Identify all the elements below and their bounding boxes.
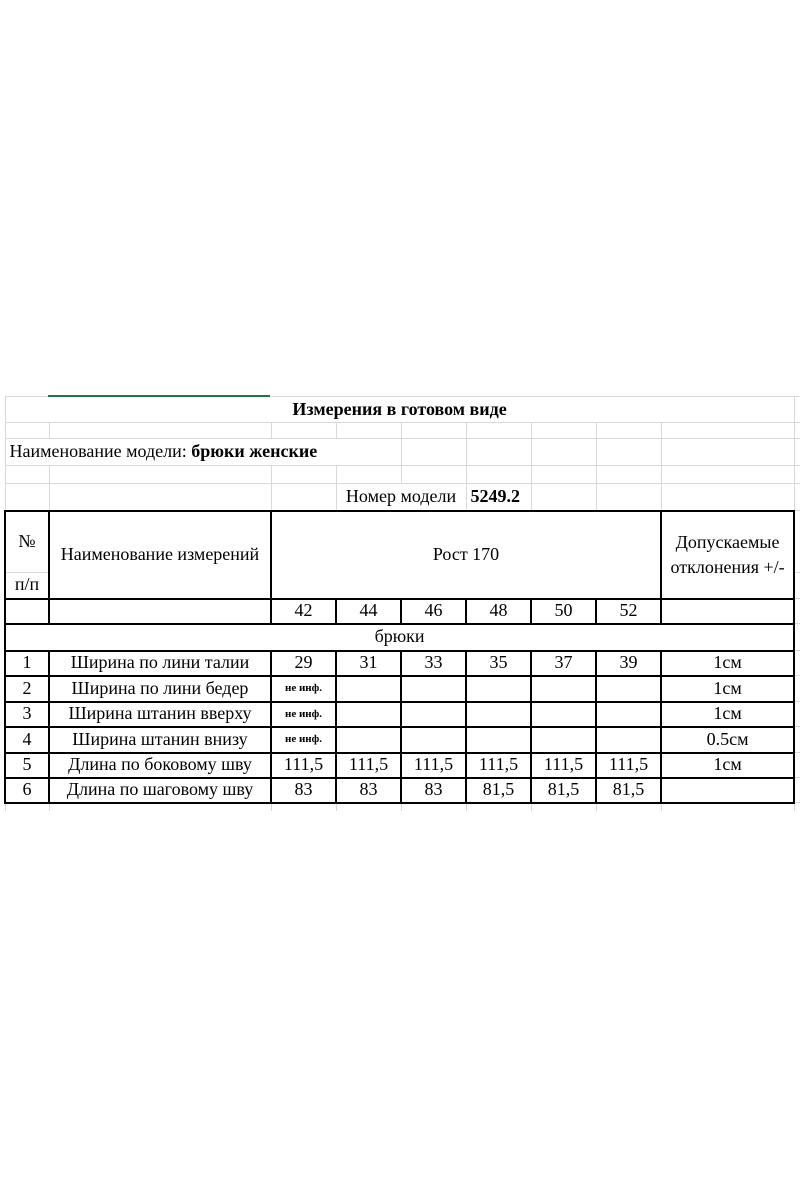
cell[interactable] bbox=[794, 573, 800, 599]
cell[interactable] bbox=[49, 599, 271, 624]
value-cell[interactable] bbox=[596, 676, 661, 702]
value-cell[interactable]: не инф. bbox=[271, 702, 336, 727]
cell[interactable] bbox=[794, 803, 800, 811]
value-cell[interactable]: 81,5 bbox=[531, 778, 596, 803]
cell[interactable] bbox=[49, 423, 271, 439]
cell[interactable] bbox=[661, 484, 794, 511]
header-tolerance-line1: Допускаемые bbox=[676, 532, 780, 552]
value-cell[interactable] bbox=[596, 727, 661, 753]
cell[interactable] bbox=[794, 439, 800, 466]
cell[interactable] bbox=[531, 803, 596, 811]
cell[interactable] bbox=[401, 466, 466, 484]
table-row: 3 Ширина штанин вверху не инф. 1см bbox=[5, 702, 800, 727]
value-cell[interactable]: 35 bbox=[466, 651, 531, 676]
cell[interactable] bbox=[596, 439, 661, 466]
value-cell[interactable] bbox=[596, 702, 661, 727]
cell[interactable] bbox=[401, 423, 466, 439]
table-row: 5 Длина по боковому шву 111,5 111,5 111,… bbox=[5, 753, 800, 778]
value-cell[interactable]: 33 bbox=[401, 651, 466, 676]
cell[interactable] bbox=[271, 423, 336, 439]
value-cell[interactable] bbox=[531, 676, 596, 702]
cell[interactable] bbox=[271, 484, 336, 511]
cell[interactable] bbox=[794, 778, 800, 803]
measurement-name[interactable]: Ширина штанин вверху bbox=[49, 702, 271, 727]
measurement-name[interactable]: Ширина по лини талии bbox=[49, 651, 271, 676]
tolerance-cell[interactable]: 1см bbox=[661, 702, 794, 727]
cell[interactable] bbox=[336, 466, 401, 484]
size-cell[interactable]: 52 bbox=[596, 599, 661, 624]
row-number[interactable]: 4 bbox=[5, 727, 49, 753]
cell[interactable] bbox=[5, 484, 49, 511]
cell[interactable] bbox=[596, 466, 661, 484]
value-cell[interactable] bbox=[466, 676, 531, 702]
cell[interactable] bbox=[401, 439, 466, 466]
value-cell[interactable]: 81,5 bbox=[596, 778, 661, 803]
row-number[interactable]: 3 bbox=[5, 702, 49, 727]
value-cell[interactable] bbox=[336, 702, 401, 727]
model-name-value: брюки женские bbox=[191, 441, 317, 461]
cell[interactable] bbox=[596, 803, 661, 811]
cell[interactable] bbox=[466, 466, 531, 484]
measurement-name[interactable]: Ширина по лини бедер bbox=[49, 676, 271, 702]
row-number[interactable]: 1 bbox=[5, 651, 49, 676]
cell[interactable] bbox=[531, 466, 596, 484]
cell[interactable] bbox=[794, 511, 800, 573]
sheet-title[interactable]: Измерения в готовом виде bbox=[5, 397, 794, 423]
cell[interactable] bbox=[466, 423, 531, 439]
value-cell[interactable]: 111,5 bbox=[596, 753, 661, 778]
value-cell[interactable]: 83 bbox=[336, 778, 401, 803]
cell[interactable] bbox=[271, 803, 336, 811]
cell[interactable] bbox=[531, 484, 596, 511]
value-cell[interactable] bbox=[531, 727, 596, 753]
cell[interactable] bbox=[531, 423, 596, 439]
value-cell[interactable]: 111,5 bbox=[531, 753, 596, 778]
size-cell[interactable]: 46 bbox=[401, 599, 466, 624]
value-cell[interactable] bbox=[401, 727, 466, 753]
section-title[interactable]: брюки bbox=[5, 624, 794, 651]
cell[interactable] bbox=[49, 466, 271, 484]
cell[interactable] bbox=[466, 439, 531, 466]
cell[interactable] bbox=[794, 599, 800, 624]
tolerance-cell[interactable] bbox=[661, 778, 794, 803]
header-measurement-name[interactable]: Наименование измерений bbox=[49, 511, 271, 599]
measurement-name[interactable]: Длина по шаговому шву bbox=[49, 778, 271, 803]
tolerance-cell[interactable]: 1см bbox=[661, 676, 794, 702]
model-number-label[interactable]: Номер модели bbox=[336, 484, 466, 511]
size-cell[interactable]: 44 bbox=[336, 599, 401, 624]
cell[interactable] bbox=[794, 397, 800, 423]
cell[interactable] bbox=[794, 702, 800, 727]
cell[interactable] bbox=[271, 466, 336, 484]
section-row: брюки bbox=[5, 624, 800, 651]
table-row: 2 Ширина по лини бедер не инф. 1см bbox=[5, 676, 800, 702]
value-cell[interactable]: 31 bbox=[336, 651, 401, 676]
value-cell[interactable]: 39 bbox=[596, 651, 661, 676]
measurement-name[interactable]: Ширина штанин внизу bbox=[49, 727, 271, 753]
cell[interactable] bbox=[661, 423, 794, 439]
model-name-row: Наименование модели: брюки женские bbox=[5, 439, 800, 466]
column-selection-indicator bbox=[48, 395, 270, 397]
cell[interactable] bbox=[794, 676, 800, 702]
cell[interactable] bbox=[661, 803, 794, 811]
size-cell[interactable]: 42 bbox=[271, 599, 336, 624]
spreadsheet-grid: Измерения в готовом виде Наименование мо… bbox=[4, 396, 800, 811]
measurement-name[interactable]: Длина по боковому шву bbox=[49, 753, 271, 778]
cell[interactable] bbox=[401, 803, 466, 811]
cell[interactable] bbox=[336, 803, 401, 811]
value-cell[interactable]: не инф. bbox=[271, 727, 336, 753]
value-cell[interactable]: 111,5 bbox=[336, 753, 401, 778]
size-cell[interactable]: 50 bbox=[531, 599, 596, 624]
row-number[interactable]: 5 bbox=[5, 753, 49, 778]
row-number[interactable]: 2 bbox=[5, 676, 49, 702]
cell[interactable] bbox=[661, 466, 794, 484]
value-cell[interactable]: 83 bbox=[401, 778, 466, 803]
value-cell[interactable]: 111,5 bbox=[466, 753, 531, 778]
cell[interactable] bbox=[794, 727, 800, 753]
cell[interactable] bbox=[794, 466, 800, 484]
sizes-row: 42 44 46 48 50 52 bbox=[5, 599, 800, 624]
cell[interactable] bbox=[794, 423, 800, 439]
cell[interactable] bbox=[5, 803, 49, 811]
cell[interactable] bbox=[49, 484, 271, 511]
cell[interactable] bbox=[49, 803, 271, 811]
header-height-group[interactable]: Рост 170 bbox=[271, 511, 661, 599]
value-cell[interactable] bbox=[466, 702, 531, 727]
cell[interactable] bbox=[794, 624, 800, 651]
tolerance-cell[interactable]: 0.5см bbox=[661, 727, 794, 753]
value-cell[interactable]: 111,5 bbox=[401, 753, 466, 778]
spacer-row bbox=[5, 423, 800, 439]
cell[interactable] bbox=[794, 753, 800, 778]
model-name-cell[interactable]: Наименование модели: брюки женские bbox=[5, 439, 401, 466]
tolerance-cell[interactable]: 1см bbox=[661, 651, 794, 676]
value-cell[interactable] bbox=[401, 676, 466, 702]
cell[interactable] bbox=[336, 423, 401, 439]
table-row: 6 Длина по шаговому шву 83 83 83 81,5 81… bbox=[5, 778, 800, 803]
tolerance-cell[interactable]: 1см bbox=[661, 753, 794, 778]
value-cell[interactable]: 81,5 bbox=[466, 778, 531, 803]
value-cell[interactable]: 37 bbox=[531, 651, 596, 676]
cell[interactable] bbox=[5, 423, 49, 439]
cell[interactable] bbox=[794, 651, 800, 676]
cell[interactable] bbox=[5, 466, 49, 484]
row-number[interactable]: 6 bbox=[5, 778, 49, 803]
cell[interactable] bbox=[466, 803, 531, 811]
spacer-row bbox=[5, 466, 800, 484]
value-cell[interactable] bbox=[336, 676, 401, 702]
value-cell[interactable] bbox=[401, 702, 466, 727]
header-tolerance-line2: отклонения +/- bbox=[670, 557, 784, 577]
model-number-value[interactable]: 5249.2 bbox=[466, 484, 531, 511]
cell[interactable] bbox=[661, 599, 794, 624]
header-tolerance[interactable]: Допускаемые отклонения +/- bbox=[661, 511, 794, 599]
value-cell[interactable]: не инф. bbox=[271, 676, 336, 702]
value-cell[interactable] bbox=[531, 702, 596, 727]
header-number-sub[interactable]: п/п bbox=[5, 573, 49, 599]
cell[interactable] bbox=[531, 439, 596, 466]
model-number-row: Номер модели 5249.2 bbox=[5, 484, 800, 511]
partial-row bbox=[5, 803, 800, 811]
title-row: Измерения в готовом виде bbox=[5, 397, 800, 423]
cell[interactable] bbox=[596, 423, 661, 439]
cell[interactable] bbox=[661, 439, 794, 466]
table-row: 1 Ширина по лини талии 29 31 33 35 37 39… bbox=[5, 651, 800, 676]
table-header-row: № Наименование измерений Рост 170 Допуск… bbox=[5, 511, 800, 573]
model-name-label: Наименование модели: bbox=[10, 441, 192, 461]
value-cell[interactable] bbox=[466, 727, 531, 753]
header-number-symbol[interactable]: № bbox=[5, 511, 49, 573]
cell[interactable] bbox=[794, 484, 800, 511]
table-row: 4 Ширина штанин внизу не инф. 0.5см bbox=[5, 727, 800, 753]
cell[interactable] bbox=[5, 599, 49, 624]
size-cell[interactable]: 48 bbox=[466, 599, 531, 624]
cell[interactable] bbox=[596, 484, 661, 511]
value-cell[interactable] bbox=[336, 727, 401, 753]
value-cell[interactable]: 29 bbox=[271, 651, 336, 676]
value-cell[interactable]: 83 bbox=[271, 778, 336, 803]
value-cell[interactable]: 111,5 bbox=[271, 753, 336, 778]
